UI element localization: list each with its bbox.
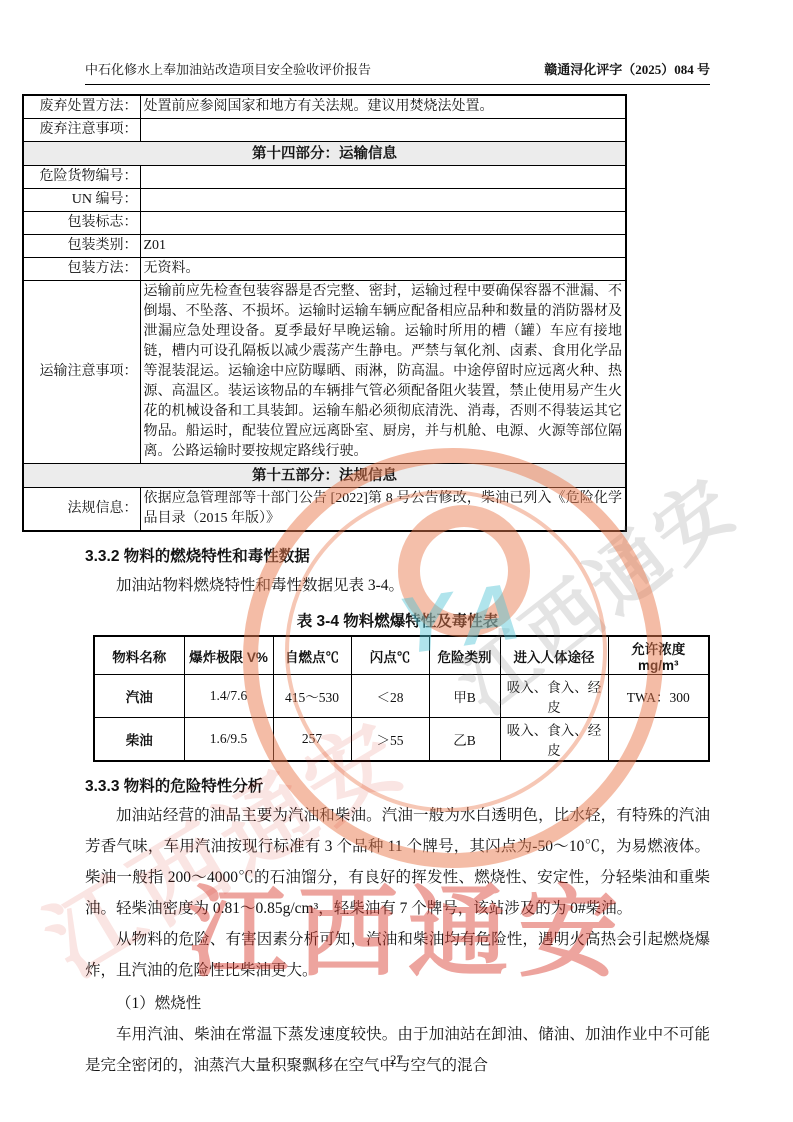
data-cell: ＜28 — [351, 675, 429, 718]
msds-table: 废弃处置方法：处置前应参阅国家和地方有关法规。建议用焚烧法处置。废弃注意事项：第… — [22, 94, 627, 532]
field-value — [140, 189, 626, 212]
data-cell: 257 — [273, 718, 351, 762]
data-cell: 吸入、食入、经皮 — [500, 675, 608, 718]
column-header: 物料名称 — [94, 636, 184, 675]
field-label: 危险货物编号： — [23, 166, 140, 189]
intro-paragraph: 加油站物料燃烧特性和毒性数据见表 3-4。 — [85, 570, 710, 601]
field-label: 废弃处置方法： — [23, 95, 140, 119]
field-value: 处置前应参阅国家和地方有关法规。建议用焚烧法处置。 — [140, 95, 626, 119]
field-label: 法规信息： — [23, 488, 140, 532]
table-row: 柴油1.6/9.5257＞55乙B吸入、食入、经皮 — [94, 718, 709, 762]
page-number: 27 — [0, 1052, 793, 1068]
column-header: 自燃点℃ — [273, 636, 351, 675]
table-row: 第十五部分：法规信息 — [23, 464, 626, 488]
table-row: 废弃注意事项： — [23, 119, 626, 142]
t34-body: 汽油1.4/7.6415～530＜28甲B吸入、食入、经皮TWA：300柴油1.… — [94, 675, 709, 762]
field-label: 包装方法： — [23, 258, 140, 281]
data-cell: ＞55 — [351, 718, 429, 762]
table-row: 包装方法：无资料。 — [23, 258, 626, 281]
field-value — [140, 119, 626, 142]
table-row: 废弃处置方法：处置前应参阅国家和地方有关法规。建议用焚烧法处置。 — [23, 95, 626, 119]
table-3-4: 物料名称爆炸极限 V%自燃点℃闪点℃危险类别进入人体途径允许浓度 mg/m³ 汽… — [93, 635, 710, 762]
page-header: 中石化修水上奉加油站改造项目安全验收评价报告 赣通浔化评字（2025）084 号 — [85, 62, 710, 85]
table-row: 汽油1.4/7.6415～530＜28甲B吸入、食入、经皮TWA：300 — [94, 675, 709, 718]
column-header: 爆炸极限 V% — [184, 636, 273, 675]
data-cell: TWA：300 — [608, 675, 709, 718]
field-label: 包装类别： — [23, 235, 140, 258]
field-value: 无资料。 — [140, 258, 626, 281]
column-header: 闪点℃ — [351, 636, 429, 675]
body-paragraph-3: 车用汽油、柴油在常温下蒸发速度较快。由于加油站在卸油、储油、加油作业中不可能是完… — [85, 1019, 710, 1081]
field-label: 包装标志： — [23, 212, 140, 235]
data-cell: 吸入、食入、经皮 — [500, 718, 608, 762]
field-label: 废弃注意事项： — [23, 119, 140, 142]
section-header-row: 第十五部分：法规信息 — [23, 464, 626, 488]
field-value — [140, 212, 626, 235]
field-value: 运输前应先检查包装容器是否完整、密封，运输过程中要确保容器不泄漏、不倒塌、不坠落… — [140, 281, 626, 464]
table-row: 包装类别：Z01 — [23, 235, 626, 258]
page-content: 中石化修水上奉加油站改造项目安全验收评价报告 赣通浔化评字（2025）084 号… — [0, 0, 793, 1081]
section-heading-332: 3.3.2 物料的燃烧特性和毒性数据 — [85, 544, 793, 566]
column-header: 进入人体途径 — [500, 636, 608, 675]
material-name-cell: 柴油 — [94, 718, 184, 762]
list-item-1-heading: （1）燃烧性 — [85, 988, 710, 1019]
data-cell: 415～530 — [273, 675, 351, 718]
document-number: 赣通浔化评字（2025）084 号 — [544, 62, 710, 77]
body-paragraph-1: 加油站经营的油品主要为汽油和柴油。汽油一般为水白透明色，比水轻，有特殊的汽油芳香… — [85, 800, 710, 924]
section-heading-333: 3.3.3 物料的危险特性分析 — [85, 774, 793, 796]
data-cell: 甲B — [429, 675, 500, 718]
table-row: 运输注意事项：运输前应先检查包装容器是否完整、密封，运输过程中要确保容器不泄漏、… — [23, 281, 626, 464]
report-title: 中石化修水上奉加油站改造项目安全验收评价报告 — [85, 62, 371, 77]
table-row: 法规信息：依据应急管理部等十部门公告 [2022]第 8 号公告修改，柴油已列入… — [23, 488, 626, 532]
data-cell: 乙B — [429, 718, 500, 762]
column-header: 允许浓度 mg/m³ — [608, 636, 709, 675]
data-cell: 1.6/9.5 — [184, 718, 273, 762]
table-row: UN 编号： — [23, 189, 626, 212]
data-cell — [608, 718, 709, 762]
field-label: 运输注意事项： — [23, 281, 140, 464]
column-header: 危险类别 — [429, 636, 500, 675]
material-name-cell: 汽油 — [94, 675, 184, 718]
table-row: 第十四部分：运输信息 — [23, 142, 626, 166]
table-row: 危险货物编号： — [23, 166, 626, 189]
document-page: 中石化修水上奉加油站改造项目安全验收评价报告 赣通浔化评字（2025）084 号… — [0, 0, 793, 1122]
field-value: Z01 — [140, 235, 626, 258]
field-value: 依据应急管理部等十部门公告 [2022]第 8 号公告修改，柴油已列入《危险化学… — [140, 488, 626, 532]
field-value — [140, 166, 626, 189]
table-row: 包装标志： — [23, 212, 626, 235]
data-cell: 1.4/7.6 — [184, 675, 273, 718]
t34-header-row: 物料名称爆炸极限 V%自燃点℃闪点℃危险类别进入人体途径允许浓度 mg/m³ — [94, 636, 709, 675]
body-paragraph-2: 从物料的危险、有害因素分析可知，汽油和柴油均有危险性，遇明火高热会引起燃烧爆炸，… — [85, 924, 710, 986]
table-3-4-title: 表 3-4 物料燃爆特性及毒性表 — [85, 609, 710, 631]
msds-table-body: 废弃处置方法：处置前应参阅国家和地方有关法规。建议用焚烧法处置。废弃注意事项：第… — [23, 95, 626, 531]
section-header-row: 第十四部分：运输信息 — [23, 142, 626, 166]
field-label: UN 编号： — [23, 189, 140, 212]
